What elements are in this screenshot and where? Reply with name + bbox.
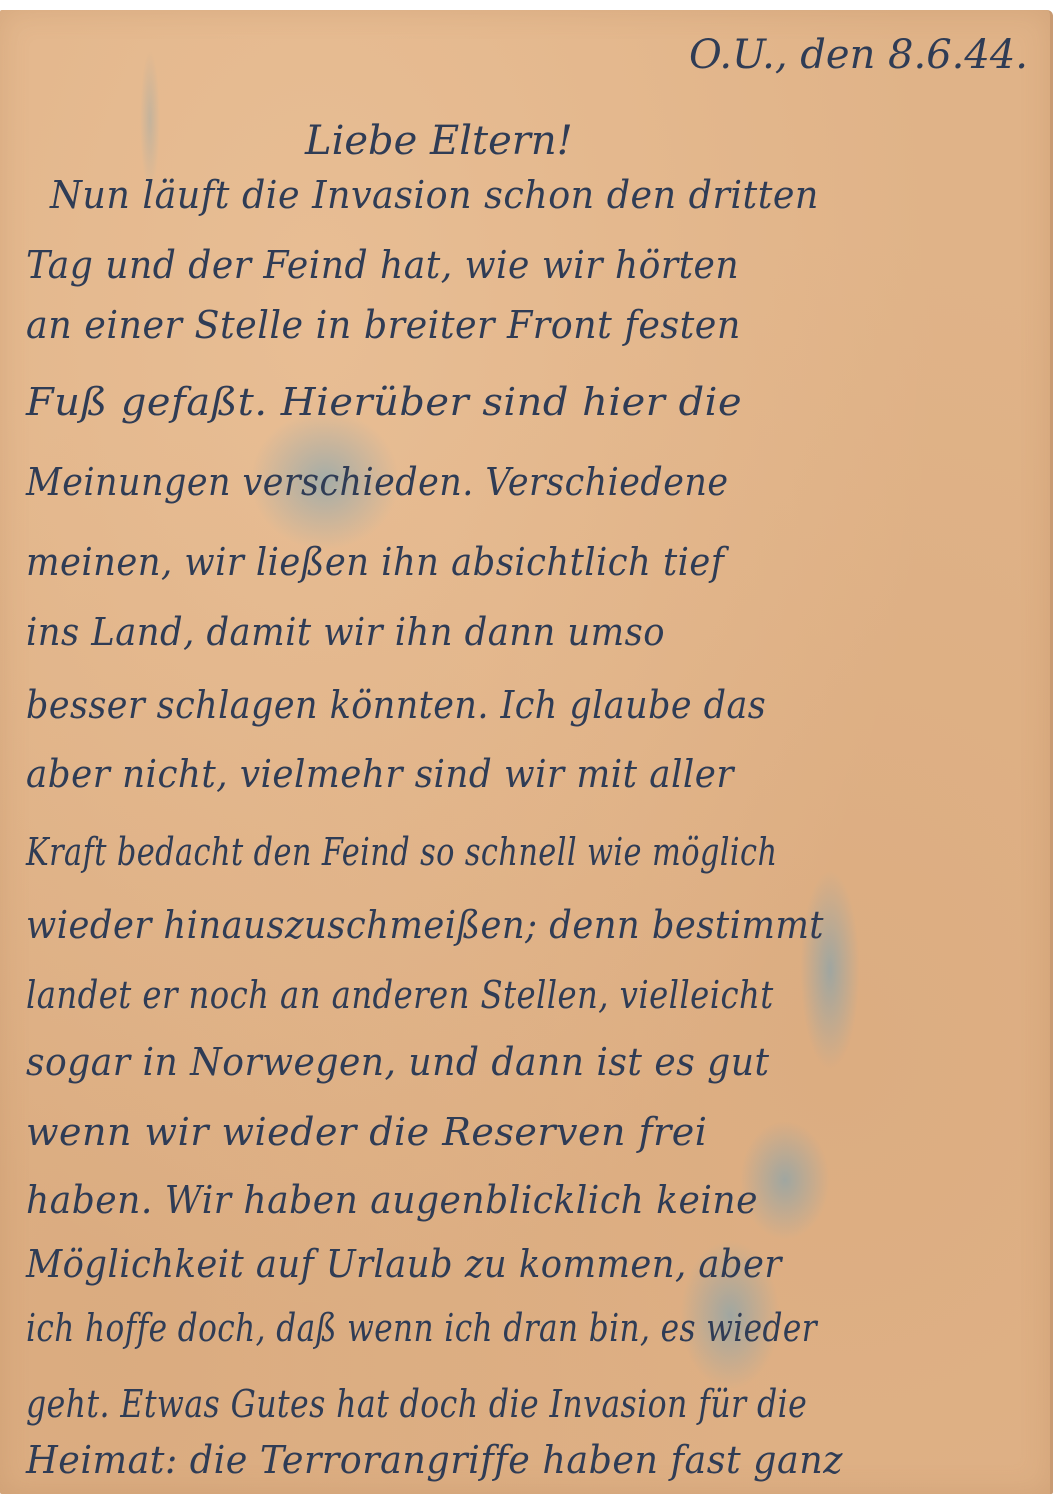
body-line: wieder hinauszuschmeißen; denn bestimmt: [26, 903, 824, 947]
ink-stain: [140, 50, 160, 190]
body-line: besser schlagen könnten. Ich glaube das: [26, 683, 766, 727]
body-line: Nun läuft die Invasion schon den dritten: [50, 173, 819, 217]
body-line: Kraft bedacht den Feind so schnell wie m…: [26, 830, 777, 874]
body-line: ins Land, damit wir ihn dann umso: [26, 610, 665, 654]
body-line: sogar in Norwegen, und dann ist es gut: [26, 1040, 769, 1084]
body-line: Heimat: die Terrorangriffe haben fast ga…: [26, 1438, 843, 1482]
salutation: Liebe Eltern!: [305, 118, 573, 164]
body-line: aber nicht, vielmehr sind wir mit aller: [26, 752, 734, 796]
body-line: Fuß gefaßt. Hierüber sind hier die: [26, 380, 742, 424]
body-line: landet er noch an anderen Stellen, viell…: [26, 973, 774, 1017]
ink-stain: [800, 870, 860, 1070]
body-line: an einer Stelle in breiter Front festen: [26, 303, 741, 347]
body-line: Möglichkeit auf Urlaub zu kommen, aber: [26, 1242, 782, 1286]
body-line: geht. Etwas Gutes hat doch die Invasion …: [26, 1382, 807, 1426]
date-line: O.U., den 8.6.44.: [689, 32, 1028, 78]
body-line: meinen, wir ließen ihn absichtlich tief: [26, 540, 724, 584]
body-line: Tag und der Feind hat, wie wir hörten: [26, 243, 739, 287]
body-line: haben. Wir haben augenblicklich keine: [26, 1178, 758, 1222]
body-line: ich hoffe doch, daß wenn ich dran bin, e…: [26, 1306, 817, 1350]
body-line: wenn wir wieder die Reserven frei: [26, 1110, 707, 1154]
postcard: O.U., den 8.6.44. Liebe Eltern! Nun läuf…: [0, 10, 1053, 1494]
body-line: Meinungen verschieden. Verschiedene: [26, 460, 729, 504]
